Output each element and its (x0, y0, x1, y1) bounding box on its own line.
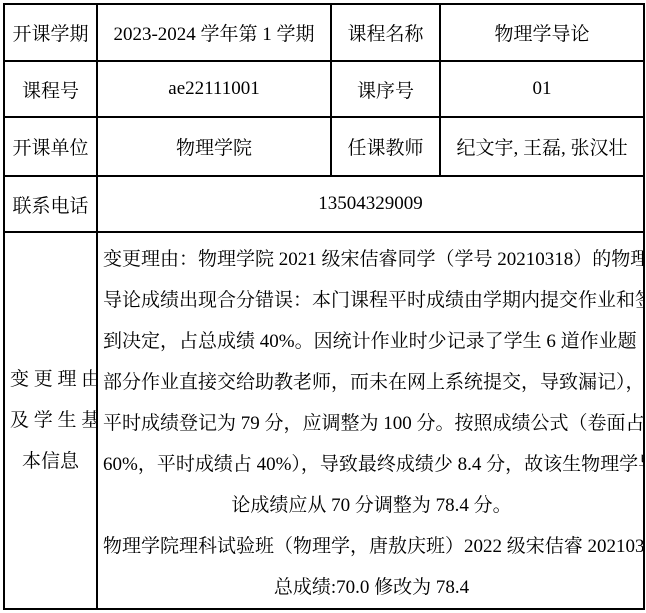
label-instructors: 任课教师 (331, 117, 440, 176)
value-course-name: 物理学导论 (440, 4, 644, 61)
value-course-number: ae22111001 (97, 61, 331, 117)
row-contact-phone: 联系电话 13504329009 (4, 176, 644, 232)
change-reason-line: 到决定，占总成绩 40%。因统计作业时少记录了学生 6 道作业题（这 (103, 321, 640, 362)
score-change-line: 总成绩:70.0 修改为 78.4 (103, 567, 640, 608)
value-section-number: 01 (440, 61, 644, 117)
value-instructors: 纪文宇, 王磊, 张汉壮 (440, 117, 644, 176)
student-info-line: 物理学院理科试验班（物理学，唐敖庆班）2022 级宋佶睿 20210318 (103, 526, 640, 567)
change-reason-line: 导论成绩出现合分错误：本门课程平时成绩由学期内提交作业和签 (103, 280, 640, 321)
course-grade-change-table: 开课学期 2023-2024 学年第 1 学期 课程名称 物理学导论 课程号 a… (3, 3, 645, 610)
row-semester: 开课学期 2023-2024 学年第 1 学期 课程名称 物理学导论 (4, 4, 644, 61)
value-change-reason-text: 变更理由：物理学院 2021 级宋佶睿同学（学号 20210318）的物理学 导… (97, 232, 644, 609)
change-reason-line: 变更理由：物理学院 2021 级宋佶睿同学（学号 20210318）的物理学 (103, 239, 640, 280)
change-reason-line: 60%，平时成绩占 40%），导致最终成绩少 8.4 分，故该生物理学导 (103, 444, 640, 485)
change-reason-line: 平时成绩登记为 79 分，应调整为 100 分。按照成绩公式（卷面占 (103, 403, 640, 444)
change-label-line: 变 更 理 由 (10, 359, 91, 400)
label-offering-unit: 开课单位 (4, 117, 97, 176)
label-change-reason-student-info: 变 更 理 由 及 学 生 基 本信息 (4, 232, 97, 609)
change-reason-line: 部分作业直接交给助教老师，而未在网上系统提交，导致漏记）， (103, 362, 640, 403)
grade-change-form-page: 开课学期 2023-2024 学年第 1 学期 课程名称 物理学导论 课程号 a… (0, 0, 646, 613)
change-label-line: 本信息 (10, 441, 91, 482)
label-contact-phone: 联系电话 (4, 176, 97, 232)
row-unit-teacher: 开课单位 物理学院 任课教师 纪文宇, 王磊, 张汉壮 (4, 117, 644, 176)
value-semester: 2023-2024 学年第 1 学期 (97, 4, 331, 61)
label-course-number: 课程号 (4, 61, 97, 117)
change-reason-line: 论成绩应从 70 分调整为 78.4 分。 (103, 485, 640, 526)
change-label-line: 及 学 生 基 (10, 400, 91, 441)
label-course-name: 课程名称 (331, 4, 440, 61)
value-offering-unit: 物理学院 (97, 117, 331, 176)
label-semester: 开课学期 (4, 4, 97, 61)
value-contact-phone: 13504329009 (97, 176, 644, 232)
row-change-reason: 变 更 理 由 及 学 生 基 本信息 变更理由：物理学院 2021 级宋佶睿同… (4, 232, 644, 609)
row-course-number: 课程号 ae22111001 课序号 01 (4, 61, 644, 117)
label-section-number: 课序号 (331, 61, 440, 117)
